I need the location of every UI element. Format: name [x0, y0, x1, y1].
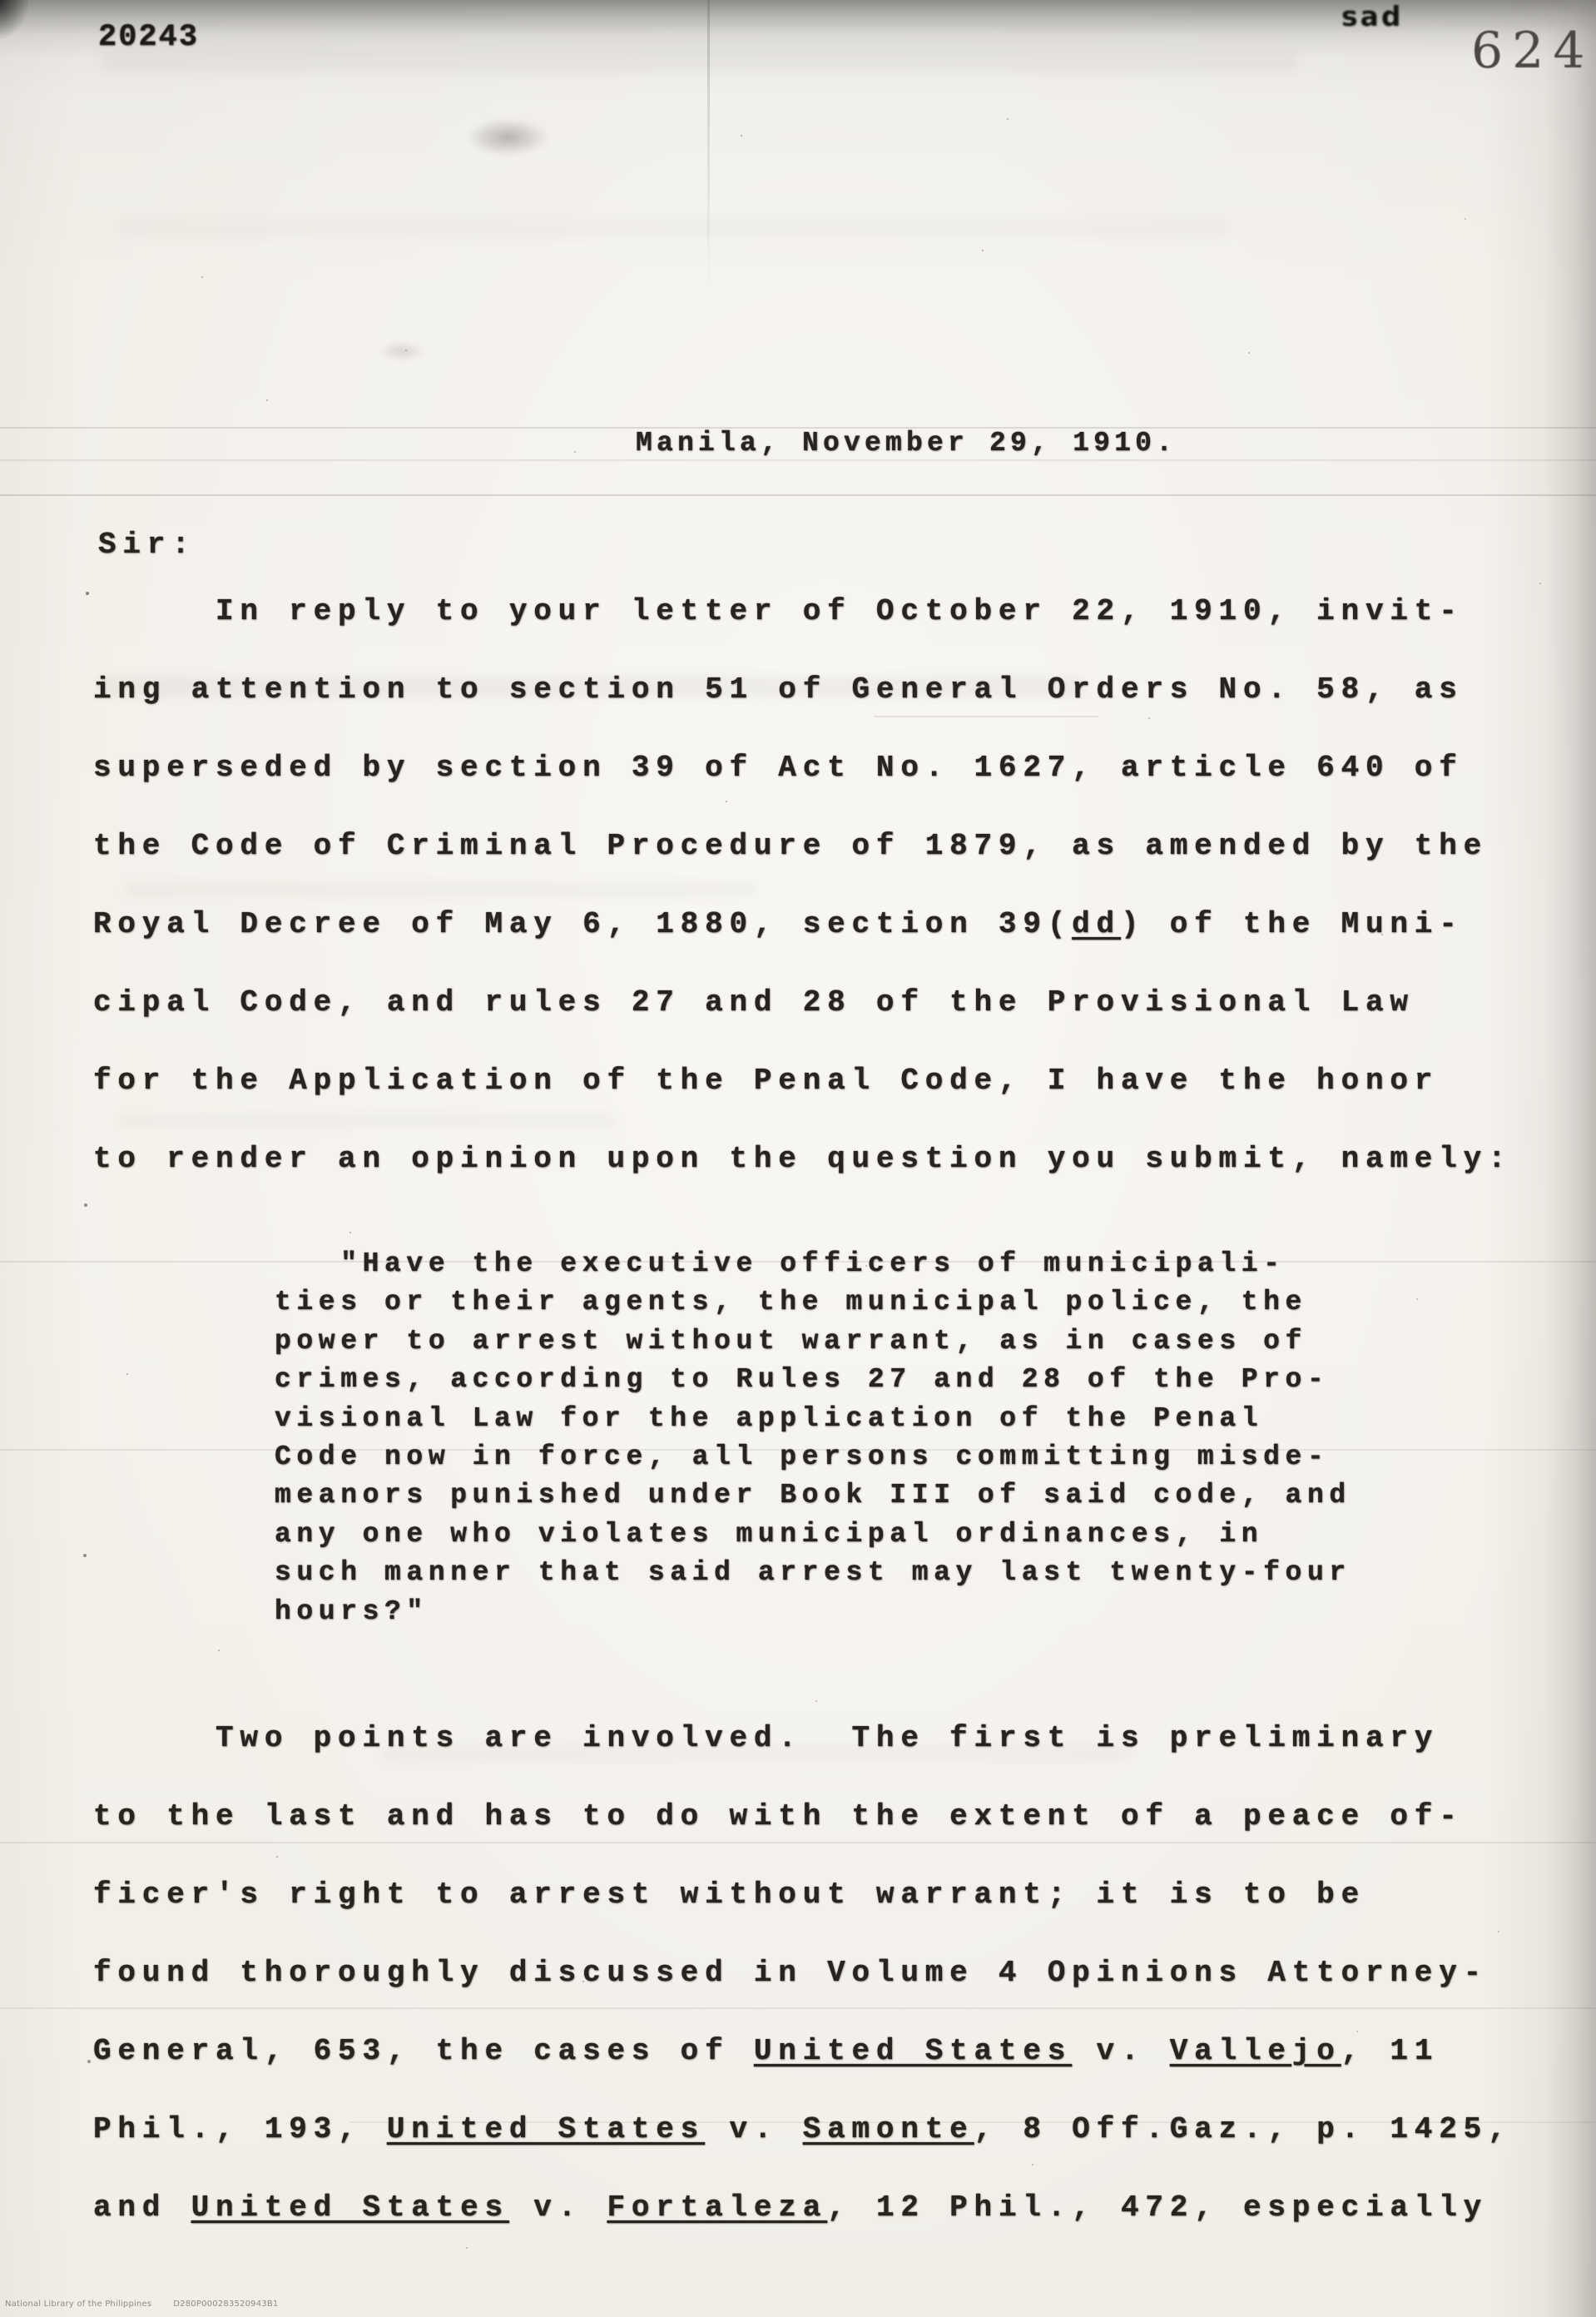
text-line: and United States v. Fortaleza, 12 Phil.…: [93, 2169, 1512, 2247]
scan-line: [0, 459, 1596, 461]
bleed-through-ghost-text: [100, 50, 1298, 72]
text-line: Phil., 193, United States v. Samonte, 8 …: [93, 2091, 1512, 2169]
scan-footer: National Library of the PhilippinesD280P…: [5, 2300, 300, 2309]
dateline: Manila, November 29, 1910.: [636, 428, 1177, 459]
text-line: ficer's right to arrest without warrant;…: [93, 1856, 1512, 1934]
library-credit: National Library of the Philippines: [5, 2300, 151, 2309]
text-line: ties or their agents, the municipal poli…: [275, 1283, 1351, 1322]
text-line: crimes, according to Rules 27 and 28 of …: [275, 1361, 1351, 1399]
paragraph-opening: In reply to your letter of October 22, 1…: [93, 573, 1512, 1198]
text-line: "Have the executive officers of municipa…: [275, 1245, 1351, 1283]
paragraph-discussion: Two points are involved. The first is pr…: [93, 1699, 1512, 2247]
scan-right-edge-shadow: [1544, 0, 1596, 2317]
scanned-letter-page: 20243 sad 624 Manila, November 29, 1910.…: [0, 0, 1596, 2317]
document-number: 20243: [98, 20, 199, 55]
text-line: Code now in force, all persons committin…: [275, 1438, 1351, 1476]
text-line: the Code of Criminal Procedure of 1879, …: [93, 807, 1512, 886]
text-line: Royal Decree of May 6, 1880, section 39(…: [93, 886, 1512, 964]
text-line: any one who violates municipal ordinance…: [275, 1516, 1351, 1554]
text-line: superseded by section 39 of Act No. 1627…: [93, 729, 1512, 807]
text-line: meanors punished under Book III of said …: [275, 1476, 1351, 1515]
text-line: hours?": [275, 1593, 1351, 1631]
text-line: ing attention to section 51 of General O…: [93, 651, 1512, 729]
text-line: In reply to your letter of October 22, 1…: [93, 573, 1512, 651]
scan-vertical-streak: [707, 0, 710, 287]
text-line: for the Application of the Penal Code, I…: [93, 1042, 1512, 1120]
text-line: visional Law for the application of the …: [275, 1400, 1351, 1438]
scan-corner-blotch: [0, 0, 28, 38]
text-line: Two points are involved. The first is pr…: [93, 1699, 1512, 1778]
text-line: to render an opinion upon the question y…: [93, 1120, 1512, 1198]
text-line: cipal Code, and rules 27 and 28 of the P…: [93, 964, 1512, 1042]
text-line: General, 653, the cases of United States…: [93, 2012, 1512, 2091]
scan-id: D280P000283520943B1: [173, 2300, 278, 2309]
ink-smudge: [379, 341, 425, 361]
text-line: power to arrest without warrant, as in c…: [275, 1322, 1351, 1361]
bleed-through-ghost-text: [116, 218, 1232, 236]
initials-stamp: sad: [1341, 0, 1404, 32]
text-line: to the last and has to do with the exten…: [93, 1778, 1512, 1856]
text-line: such manner that said arrest may last tw…: [275, 1554, 1351, 1592]
text-line: found thoroughly discussed in Volume 4 O…: [93, 1934, 1512, 2012]
scan-line: [0, 494, 1596, 496]
quoted-question-block: "Have the executive officers of municipa…: [275, 1245, 1351, 1631]
salutation: Sir:: [98, 528, 196, 562]
page-number: 624: [1471, 22, 1594, 80]
ink-smudge: [466, 118, 549, 156]
